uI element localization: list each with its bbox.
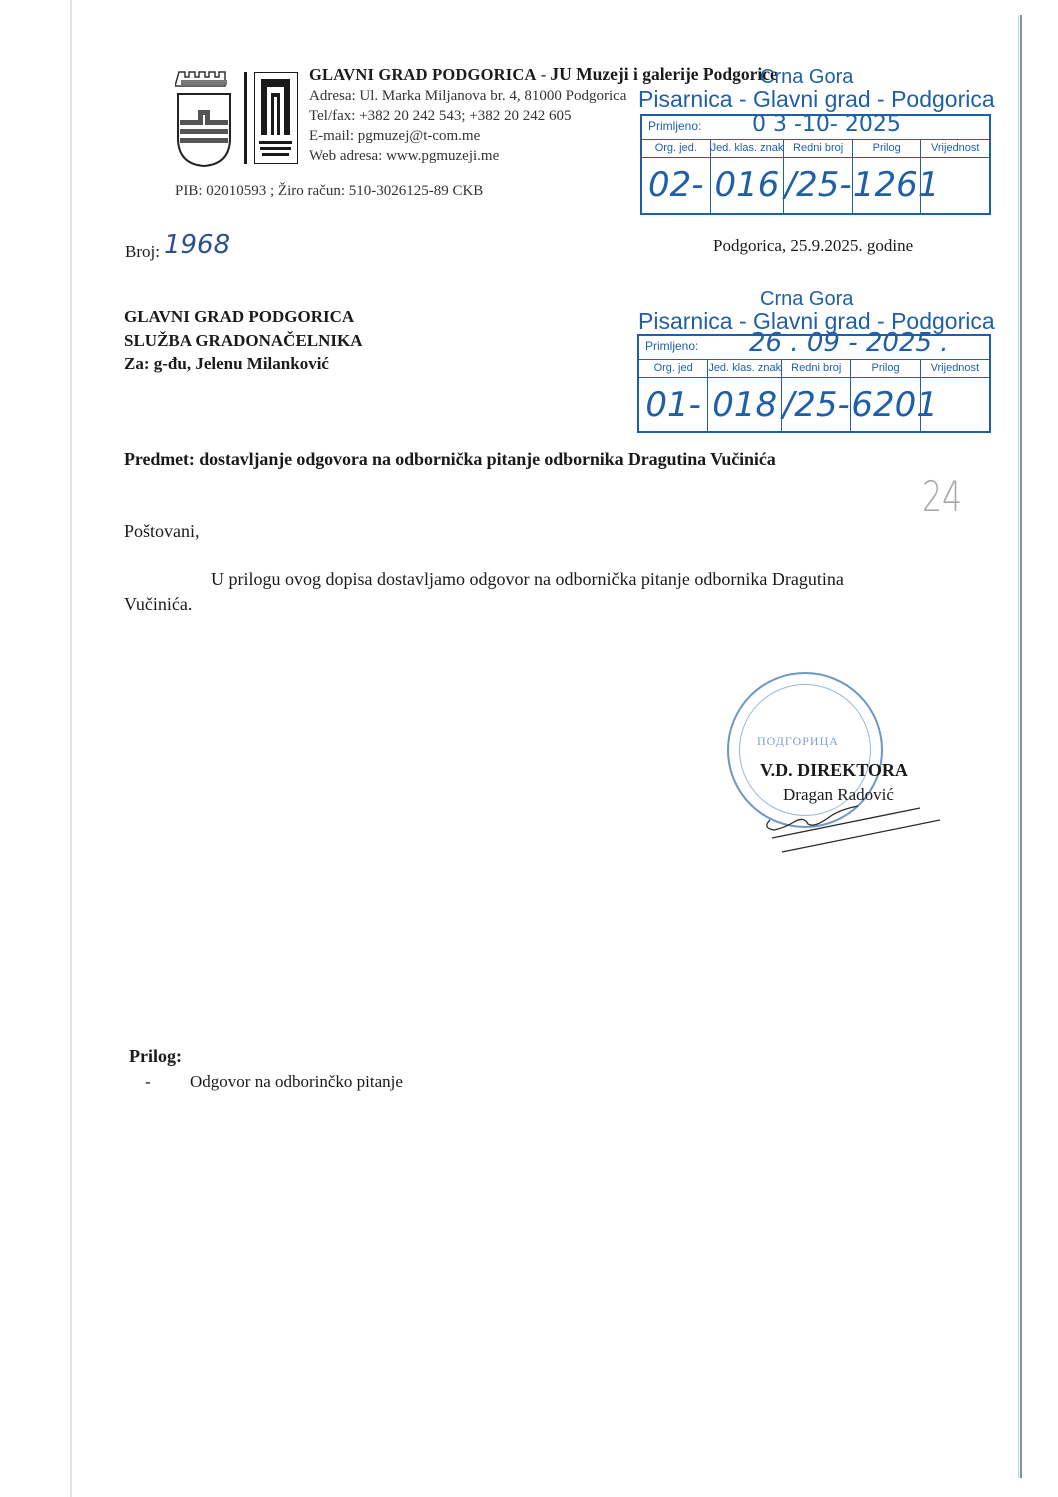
place-date: Podgorica, 25.9.2025. godine [713, 236, 913, 256]
stamp-col-header: Jed. klas. znak [711, 139, 784, 158]
stamp-col-value: 02- [642, 165, 710, 205]
seal-text: ПОДГОРИЦА [757, 734, 839, 749]
scan-edge-right-tint [1018, 15, 1019, 1478]
stamp-received-label: Primljeno: [645, 339, 698, 353]
letterhead-web: Web adresa: www.pgmuzeji.me [309, 148, 499, 165]
stamp-col-header: Redni broj [782, 359, 850, 378]
letterhead-city: GLAVNI GRAD PODGORICA [309, 65, 537, 84]
recipient-line-2: SLUŽBA GRADONAČELNIKA [124, 331, 363, 351]
scan-edge-left [70, 0, 72, 1497]
stamp-table: Primljeno: 0 3 -10- 2025 Org. jed.02- Je… [640, 114, 991, 215]
attachment-item: -Odgovor na odborinčko pitanje [145, 1072, 403, 1092]
signatory-title: V.D. DIREKTORA [760, 760, 908, 781]
stamp-col-value: 6201 [851, 385, 919, 425]
reference-number: Broj:1968 [125, 234, 230, 264]
letterhead-divider [244, 72, 247, 164]
letterhead-title: GLAVNI GRAD PODGORICA - JU Muzeji i gale… [309, 64, 778, 85]
letterhead-institution: JU Muzeji i galerije Podgorice [550, 64, 777, 84]
stamp-received-date: 0 3 -10- 2025 [752, 112, 901, 137]
stamp-table: Primljeno: 26 . 09 - 2025 . Org. jed01- … [637, 334, 991, 433]
stamp-col-value: 01- [639, 385, 707, 425]
stamp-col-header: Prilog [851, 359, 919, 378]
recipient-line-3: Za: g-đu, Jelenu Milanković [124, 354, 329, 374]
stamp-col-value: 016 [711, 165, 784, 205]
stamp-received-date: 26 . 09 - 2025 . [749, 328, 949, 358]
stamp-col-header: Org. jed [639, 359, 707, 378]
city-crest-icon [175, 70, 233, 168]
museum-logo [254, 72, 298, 164]
attachments-title: Prilog: [129, 1046, 182, 1067]
handwritten-signature-icon [740, 790, 940, 860]
attachment-text: Odgovor na odborinčko pitanje [190, 1072, 403, 1091]
letterhead-address: Adresa: Ul. Marka Miljanova br. 4, 81000… [309, 88, 626, 105]
subject-line: Predmet: dostavljanje odgovora na odborn… [124, 449, 776, 470]
stamp-col-value: 1261 [853, 165, 921, 205]
handwritten-page-number: 24 [922, 472, 962, 521]
stamp-col-header: Prilog [853, 139, 921, 158]
reference-value: 1968 [164, 230, 230, 260]
stamp-col-header: Jed. klas. znak [708, 359, 781, 378]
attachment-bullet: - [145, 1072, 190, 1092]
stamp-header-office: Pisarnica - Glavni grad - Podgorica [638, 86, 995, 113]
stamp-col-header: Vrijednost [921, 139, 989, 158]
reference-label: Broj: [125, 242, 160, 261]
stamp-col-value: 018 [708, 385, 781, 425]
letterhead-email: E-mail: pgmuzej@t-com.me [309, 128, 480, 145]
stamp-col-value: /25- [782, 385, 850, 425]
stamp-col-header: Vrijednost [921, 359, 989, 378]
stamp-col-header: Redni broj [784, 139, 852, 158]
recipient-line-1: GLAVNI GRAD PODGORICA [124, 307, 354, 327]
stamp-col-value: /25- [784, 165, 852, 205]
stamp-col-header: Org. jed. [642, 139, 710, 158]
greeting: Poštovani, [124, 521, 200, 542]
letterhead-phone: Tel/fax: +382 20 242 543; +382 20 242 60… [309, 108, 572, 125]
stamp-received-label: Primljeno: [648, 119, 701, 133]
body-text-line-2: Vučinića. [124, 594, 192, 615]
letterhead-pib: PIB: 02010593 ; Žiro račun: 510-3026125-… [175, 183, 483, 200]
museum-logo-icon [255, 73, 296, 162]
body-text-line-1: U prilogu ovog dopisa dostavljamo odgovo… [211, 569, 844, 590]
scan-edge-right [1020, 15, 1022, 1478]
